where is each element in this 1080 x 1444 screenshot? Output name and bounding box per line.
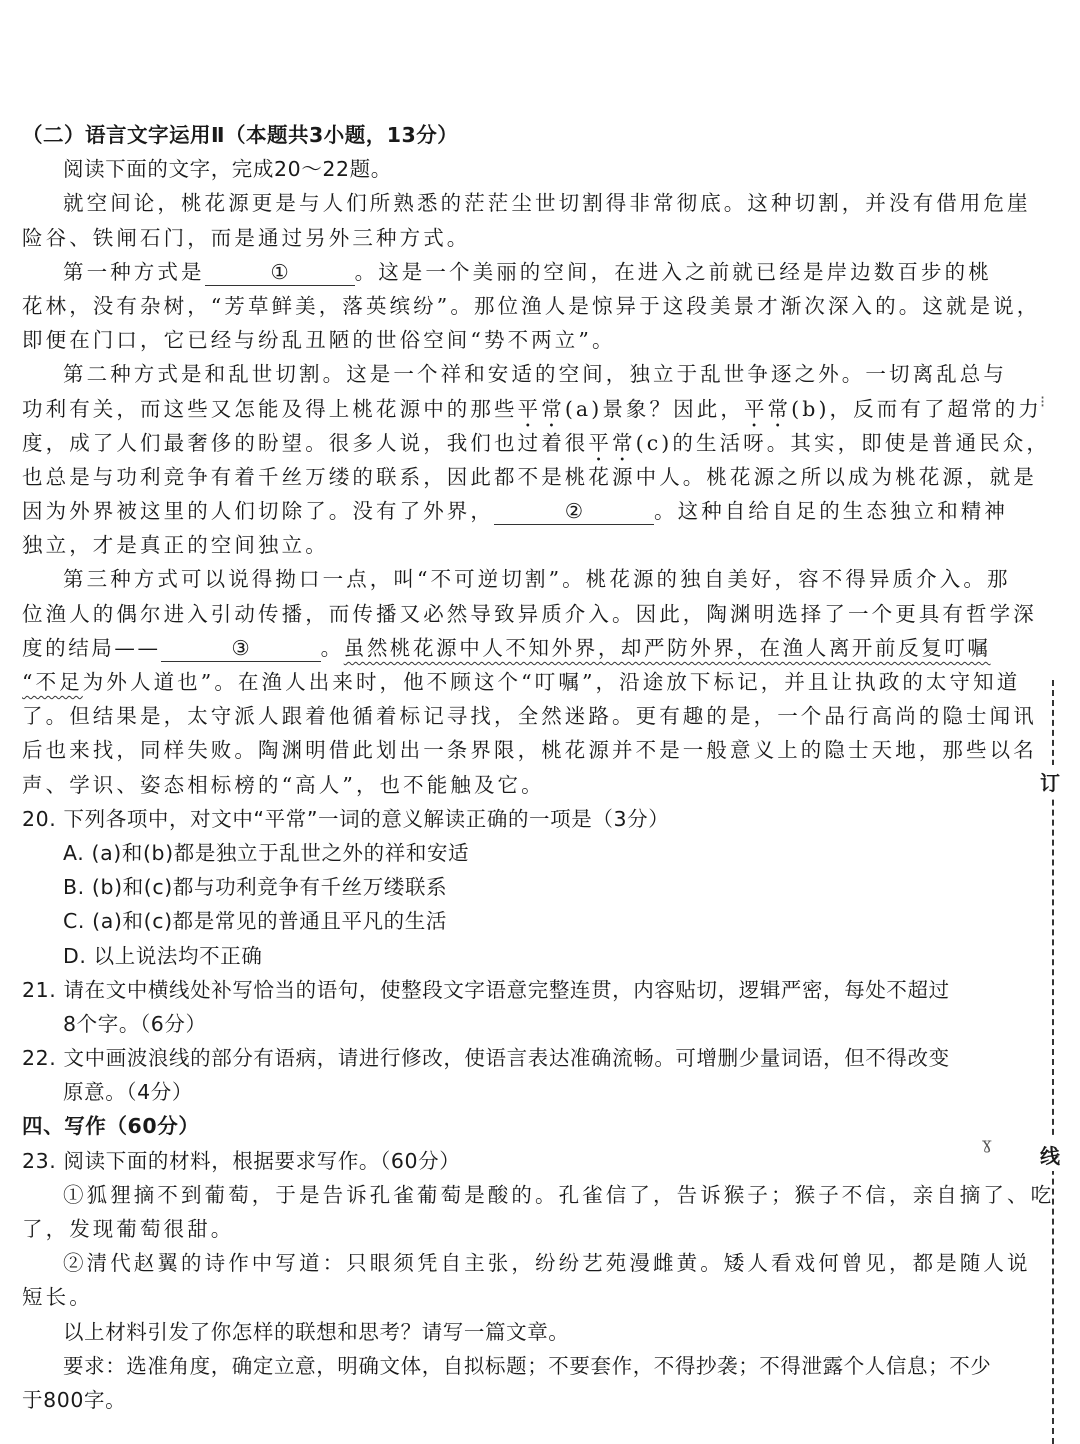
question-23-stem: 23. 阅读下面的材料，根据要求写作。（60分） bbox=[22, 1144, 1022, 1178]
writing-requirements: 要求：选准角度，确定立意，明确文体，自拟标题；不要套作，不得抄袭；不得泄露个人信… bbox=[22, 1349, 1022, 1383]
passage-text: (b)，反而有了超常的力 bbox=[791, 397, 1042, 421]
material-2-line: ②清代赵翼的诗作中写道：只眼须凭自主张，纷纷艺苑漫雌黄。矮人看戏何曾见，都是随人… bbox=[22, 1246, 1022, 1280]
passage-line: 度，成了人们最奢侈的盼望。很多人说，我们也过着很平常(c)的生活呀。其实，即使是… bbox=[22, 426, 1022, 460]
section-heading: （二）语言文字运用Ⅱ（本题共3小题，13分） bbox=[22, 118, 1022, 152]
passage-line: 因为外界被这里的人们切除了。没有了外界，②。这种自给自足的生态独立和精神 bbox=[22, 494, 1022, 528]
emphasized-word-a: 平常 bbox=[518, 397, 565, 421]
passage-line: 第一种方式是①。这是一个美丽的空间，在进入之前就已经是岸边数百步的桃 bbox=[22, 255, 1022, 289]
question-22-line: 原意。（4分） bbox=[22, 1075, 1022, 1109]
material-1-line: ①狐狸摘不到葡萄，于是告诉孔雀葡萄是酸的。孔雀信了，告诉猴子；猴子不信，亲自摘了… bbox=[22, 1178, 1022, 1212]
passage-line: 位渔人的偶尔进入引动传播，而传播又必然导致异质介入。因此，陶渊明选择了一个更具有… bbox=[22, 597, 1022, 631]
question-20-option-d: D. 以上说法均不正确 bbox=[22, 939, 1022, 973]
passage-line: 独立，才是真正的空间独立。 bbox=[22, 528, 1022, 562]
question-20-stem: 20. 下列各项中，对文中“平常”一词的意义解读正确的一项是（3分） bbox=[22, 802, 1022, 836]
scan-smudge-mark: ɣ bbox=[982, 1134, 992, 1153]
passage-line: 险谷、铁闸石门，而是通过另外三种方式。 bbox=[22, 221, 1022, 255]
emphasized-word-b: 平常 bbox=[744, 397, 791, 421]
passage-line: 花林，没有杂树，“芳草鲜美，落英缤纷”。那位渔人是惊异于这段美景才渐次深入的。这… bbox=[22, 289, 1022, 323]
passage-text: 因为外界被这里的人们切除了。没有了外界， bbox=[22, 499, 494, 523]
passage-text: 为外人道也”。在渔人出来时，他不顾这个“叮嘱”，沿途放下标记，并且让执政的太守知… bbox=[83, 670, 1021, 694]
passage-text: 功利有关，而这些又怎能及得上桃花源中的那些 bbox=[22, 397, 518, 421]
writing-requirements: 于800字。 bbox=[22, 1383, 1022, 1417]
emphasized-word-c: 平常 bbox=[588, 431, 635, 455]
passage-line: 度的结局——③。虽然桃花源中人不知外界，却严防外界，在渔人离开前反复叮嘱 bbox=[22, 631, 1022, 665]
passage-line: 第二种方式是和乱世切割。这是一个祥和安适的空间，独立于乱世争逐之外。一切离乱总与 bbox=[22, 357, 1022, 391]
passage-line: “不足为外人道也”。在渔人出来时，他不顾这个“叮嘱”，沿途放下标记，并且让执政的… bbox=[22, 665, 1022, 699]
passage-line: 第三种方式可以说得拗口一点，叫“不可逆切割”。桃花源的独自美好，容不得异质介入。… bbox=[22, 562, 1022, 596]
passage-line: 声、学识、姿态相标榜的“高人”，也不能触及它。 bbox=[22, 768, 1022, 802]
exam-page: （二）语言文字运用Ⅱ（本题共3小题，13分） 阅读下面的文字，完成20～22题。… bbox=[0, 0, 1080, 1444]
passage-text: 度，成了人们最奢侈的盼望。很多人说，我们也过着很 bbox=[22, 431, 588, 455]
question-20-option-a: A. (a)和(b)都是独立于乱世之外的祥和安适 bbox=[22, 836, 1022, 870]
passage-line: 也总是与功利竞争有着千丝万缕的联系，因此都不是桃花源中人。桃花源之所以成为桃花源… bbox=[22, 460, 1022, 494]
wavy-underlined-text: “不足 bbox=[22, 670, 83, 694]
margin-label-ding: 订 bbox=[1040, 765, 1060, 798]
passage-line: 就空间论，桃花源更是与人们所熟悉的茫茫尘世切割得非常彻底。这种切割，并没有借用危… bbox=[22, 186, 1022, 220]
question-21-line: 21. 请在文中横线处补写恰当的语句，使整段文字语意完整连贯，内容贴切，逻辑严密… bbox=[22, 973, 1022, 1007]
passage-text: 。这种自给自足的生态独立和精神 bbox=[654, 499, 1008, 523]
question-21-line: 8个字。（6分） bbox=[22, 1007, 1022, 1041]
passage-text: 。 bbox=[321, 636, 344, 660]
passage-text: 度的结局—— bbox=[22, 636, 161, 660]
reading-instruction: 阅读下面的文字，完成20～22题。 bbox=[22, 152, 1022, 186]
answer-blank-3: ③ bbox=[161, 636, 321, 662]
writing-section-heading: 四、写作（60分） bbox=[22, 1109, 1022, 1143]
writing-prompt: 以上材料引发了你怎样的联想和思考？请写一篇文章。 bbox=[22, 1315, 1022, 1349]
question-22-line: 22. 文中画波浪线的部分有语病，请进行修改，使语言表达准确流畅。可增删少量词语… bbox=[22, 1041, 1022, 1075]
passage-line: 后也来找，同样失败。陶渊明借此划出一条界限，桃花源并不是一般意义上的隐士天地，那… bbox=[22, 733, 1022, 767]
passage-text: 第一种方式是 bbox=[63, 260, 205, 284]
passage-text: (a)景象？因此， bbox=[565, 397, 744, 421]
material-1-line: 了，发现葡萄很甜。 bbox=[22, 1212, 1022, 1246]
passage-line: 即便在门口，它已经与纷乱丑陋的世俗空间“势不两立”。 bbox=[22, 323, 1022, 357]
wavy-underlined-text: 虽然桃花源中人不知外界，却严防外界，在渔人离开前反复叮嘱 bbox=[344, 636, 991, 660]
answer-blank-2: ② bbox=[494, 499, 654, 525]
exam-content: （二）语言文字运用Ⅱ（本题共3小题，13分） 阅读下面的文字，完成20～22题。… bbox=[22, 118, 1022, 1417]
material-2-line: 短长。 bbox=[22, 1280, 1022, 1314]
scan-smudge-mark: ⁝ bbox=[1040, 392, 1045, 411]
passage-text: (c)的生活呀。其实，即使是普通民众， bbox=[636, 431, 1050, 455]
passage-line: 了。但结果是，太守派人跟着他循着标记寻找，全然迷路。更有趣的是，一个品行高尚的隐… bbox=[22, 699, 1022, 733]
question-20-option-c: C. (a)和(c)都是常见的普通且平凡的生活 bbox=[22, 904, 1022, 938]
answer-blank-1: ① bbox=[205, 260, 355, 286]
passage-line: 功利有关，而这些又怎能及得上桃花源中的那些平常(a)景象？因此，平常(b)，反而… bbox=[22, 392, 1022, 426]
question-20-option-b: B. (b)和(c)都与功利竞争有千丝万缕联系 bbox=[22, 870, 1022, 904]
passage-text: 。这是一个美丽的空间，在进入之前就已经是岸边数百步的桃 bbox=[355, 260, 992, 284]
margin-label-xian: 线 bbox=[1040, 1138, 1060, 1171]
